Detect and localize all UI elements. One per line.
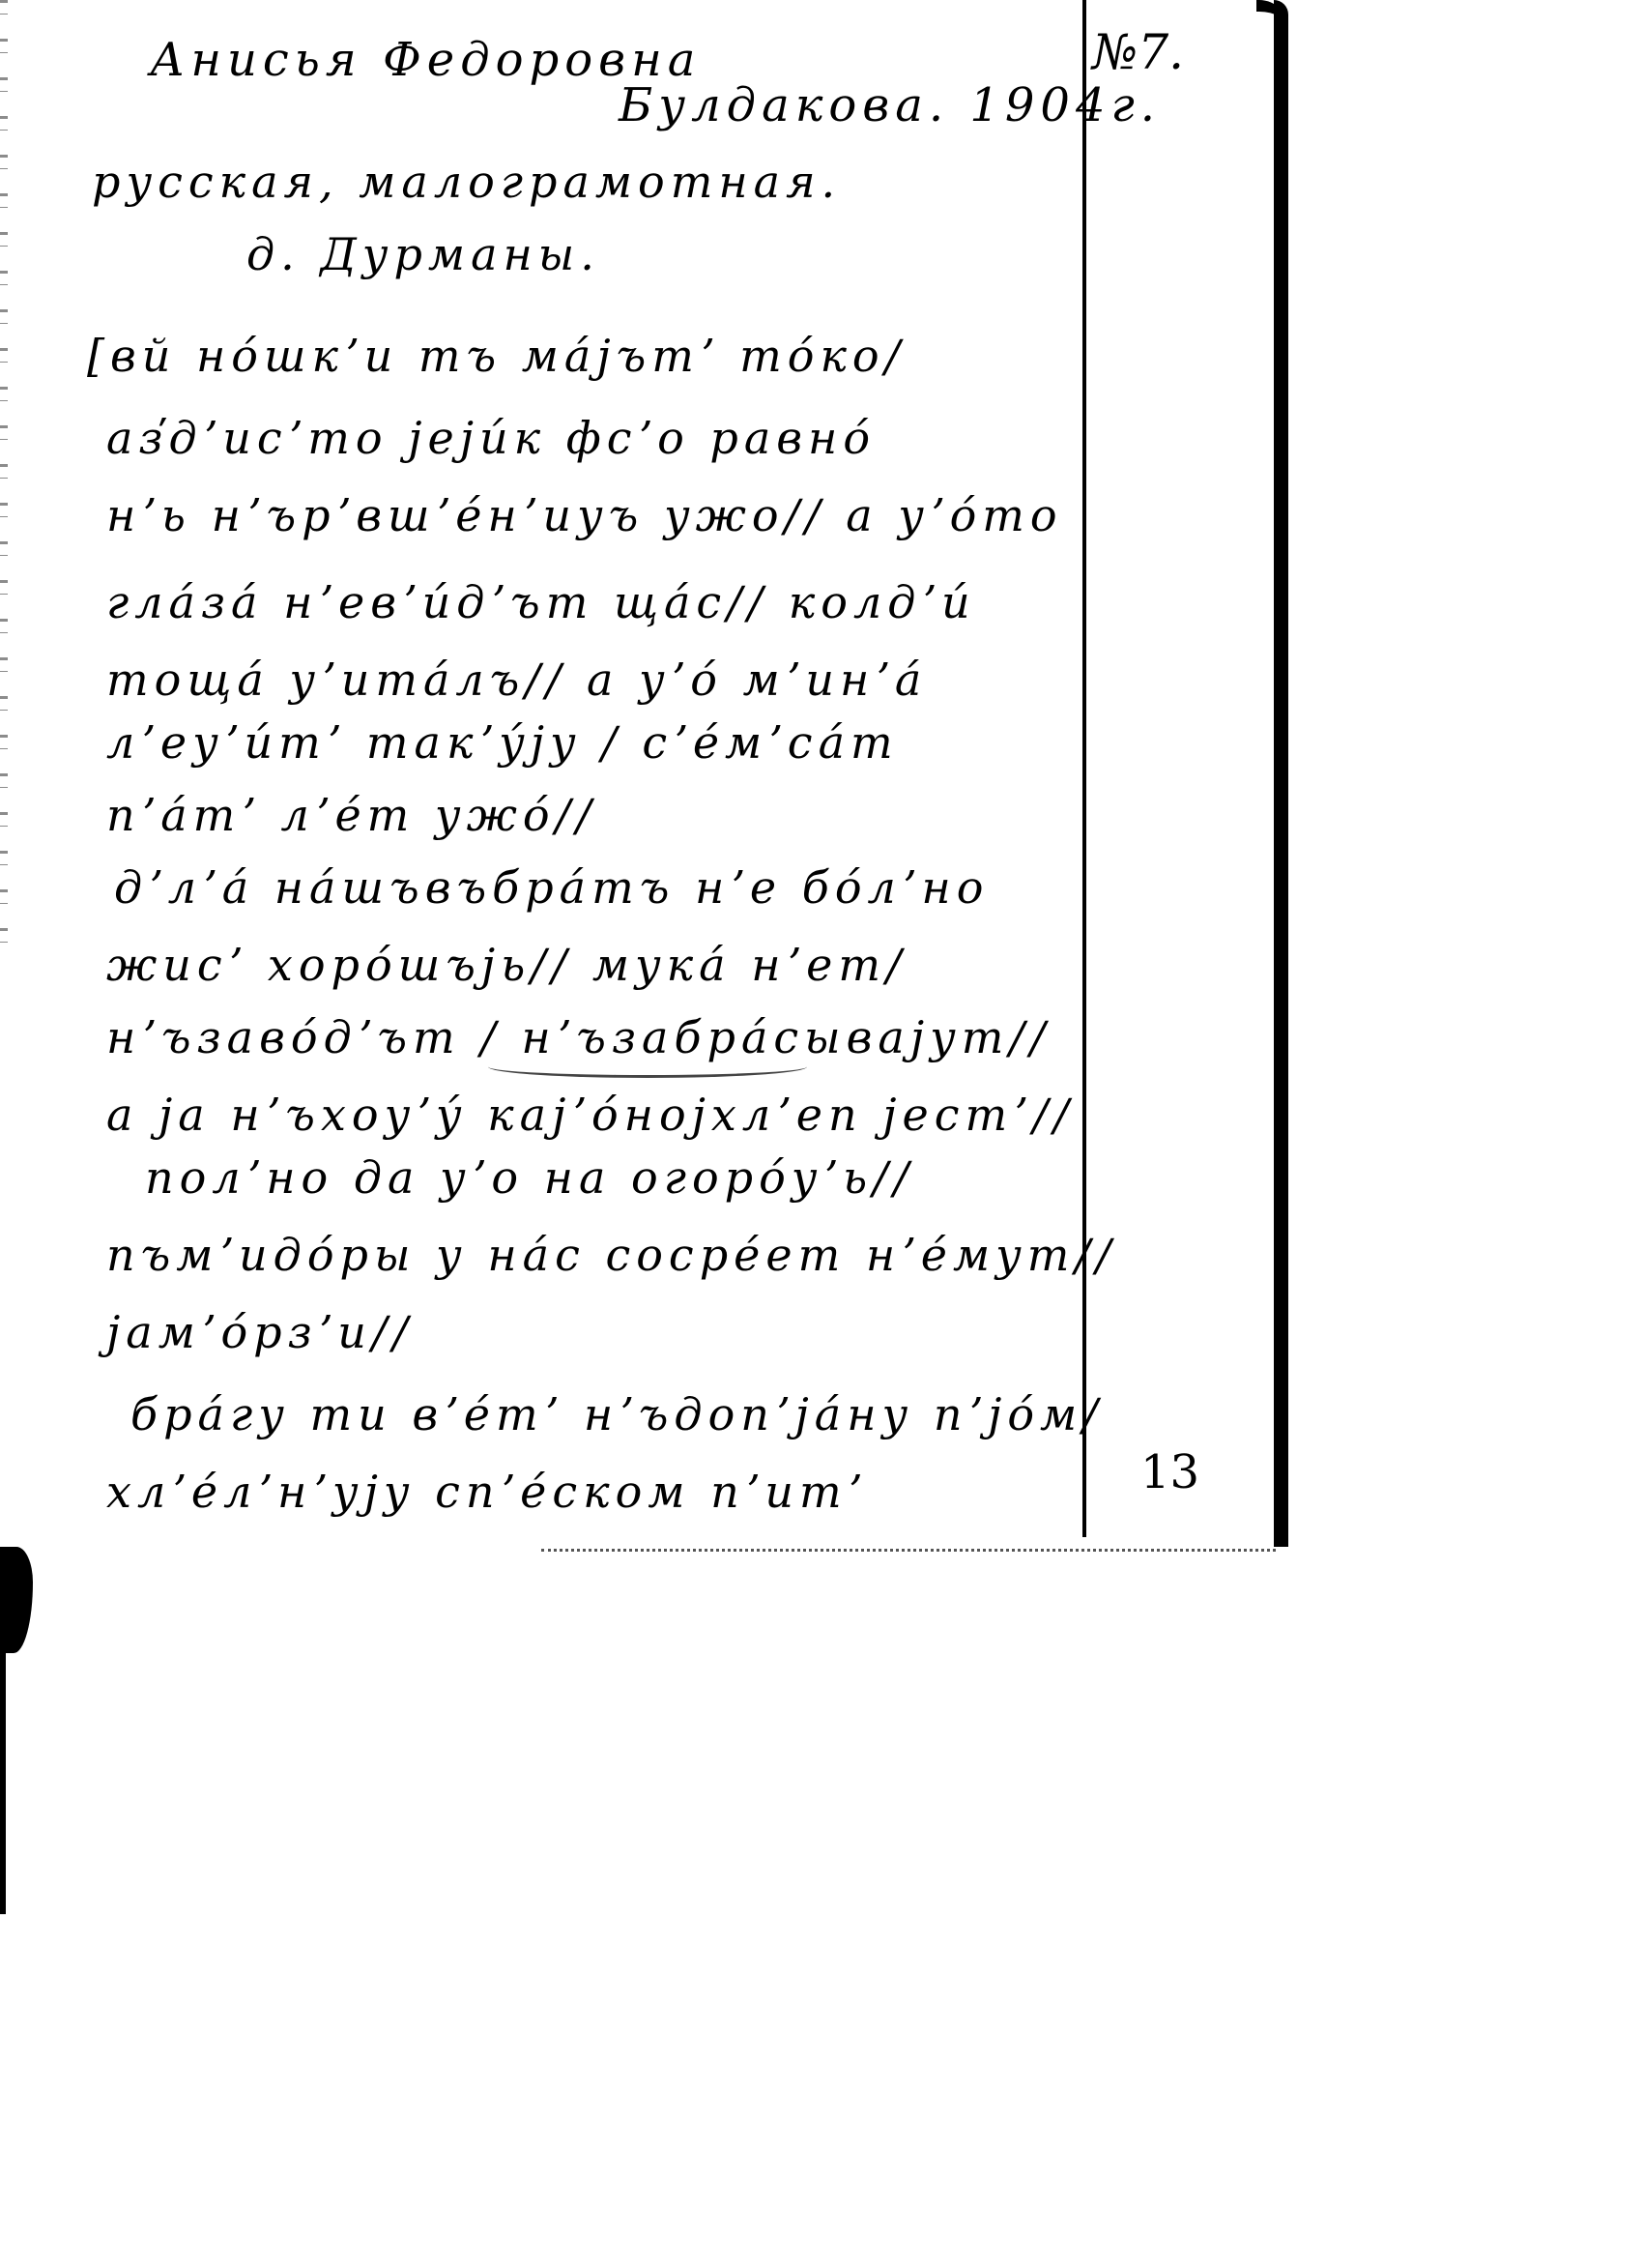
transcript-line: аз̕дʼисʼто јеји́к фсʼо равно́: [106, 416, 876, 460]
speaker-village: д. Дурманы.: [246, 232, 600, 276]
speaker-name: Анисья Федоровна: [150, 37, 701, 83]
record-number: №7.: [1092, 24, 1184, 80]
transcript-line: тоща́ уʼита́лъ// а уʼо́ мʼинʼа́: [106, 657, 927, 702]
transcript-line: пʼа́тʼ лʼе́т ужо́//: [106, 793, 597, 837]
transcript-line: хлʼе́лʼнʼују спʼе́ском пʼитʼ: [106, 1469, 867, 1514]
transcript-line: пъмʼидо́ры у на́с сосре́ет нʼе́мут//: [106, 1233, 1116, 1277]
transcript-line: а ја нʼъхоуʼу́ кајʼо́нојхлʼеп јестʼ//: [106, 1092, 1075, 1137]
transcript-line: дʼлʼа́ на́шъвъбра́тъ нʼе бо́лʼно: [114, 865, 989, 910]
page-edge: [1274, 0, 1288, 1547]
margin-rule: [1082, 0, 1086, 1537]
speaker-nationality-literacy: русская, малограмотная.: [92, 160, 841, 204]
transcript-line: [вй но́шкʼи тъ ма́јътʼ то́ко/: [87, 334, 906, 378]
scan-edge-blot: [0, 1547, 33, 1653]
page-number: 13: [1140, 1445, 1199, 1499]
underline-mark: [488, 1056, 807, 1078]
transcript-line: јамʼо́рзʼи//: [106, 1310, 414, 1354]
transcript-line: бра́гу ти вʼе́тʼ нʼъдопʼја́ну пʼјо́м/: [130, 1392, 1104, 1437]
transcript-line: гла́за́ нʼевʼи́дʼът ща́с// колдʼи́: [106, 580, 976, 625]
scan-edge-specks: [0, 0, 8, 967]
transcript-line: лʼеуʼи́тʼ такʼу́ју / сʼе́мʼса́т: [106, 720, 899, 765]
speaker-surname-year: Булдакова. 1904г.: [619, 82, 1161, 129]
page-bottom-edge: [541, 1549, 1276, 1552]
transcript-line: полʼно да уʼо на огоро́уʼь//: [145, 1155, 914, 1200]
transcript-line: жисʼ хоро́шъјь// мука́ нʼет/: [106, 943, 907, 987]
transcript-line: нʼь нʼърʼвшʼе́нʼиуъ ужо// а уʼо́то: [106, 493, 1063, 538]
transcript-line: нʼъзаво́дʼът / нʼъзабра́сываjут//: [106, 1015, 1051, 1060]
